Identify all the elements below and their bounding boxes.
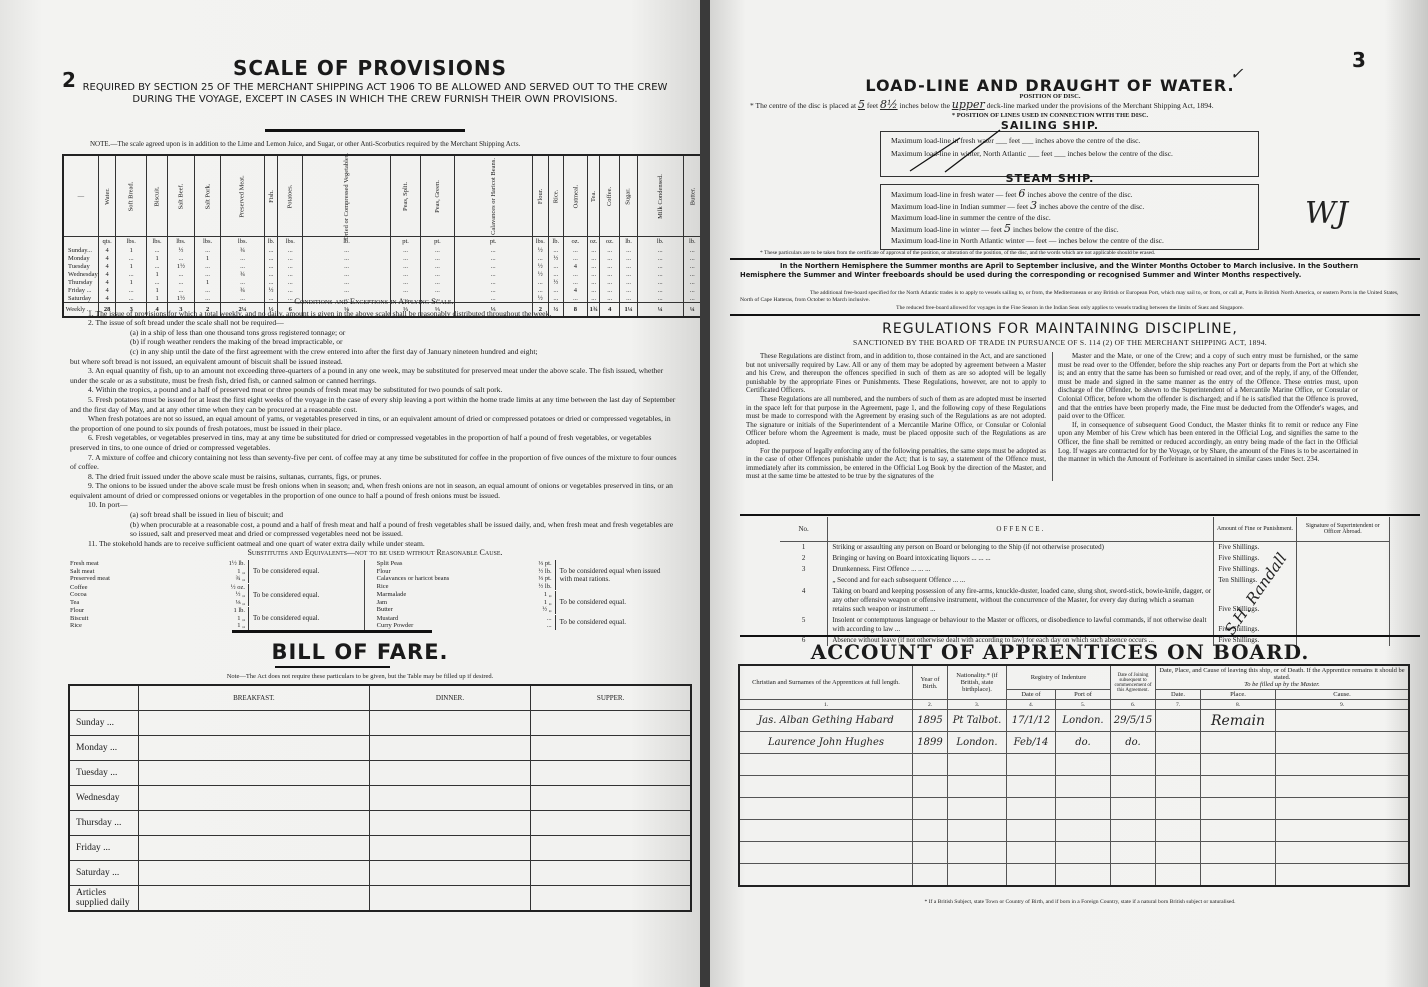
offence-table: No. OFFENCE. Amount of Fine or Punishmen… (780, 517, 1390, 646)
meal-cell[interactable] (369, 886, 531, 911)
amount-cell: ... (194, 246, 221, 254)
amount-cell: ... (532, 278, 548, 286)
table-row: Sunday ... (69, 711, 691, 736)
amount-cell: ... (264, 278, 278, 286)
amount-cell: ... (194, 286, 221, 294)
condition-item: When fresh potatoes are not so issued, a… (70, 414, 678, 433)
handwritten-value: 5 (1002, 222, 1013, 235)
amount-cell: ... (620, 270, 637, 278)
amount-cell: ... (168, 278, 195, 286)
page-number: 2 (62, 68, 76, 92)
amount-cell: ... (194, 270, 221, 278)
amount-cell: 1 (147, 286, 168, 294)
amount-cell: ... (563, 246, 588, 254)
amount-cell: 4 (563, 262, 588, 270)
amount-cell: 1 (147, 254, 168, 262)
amount-cell: ... (147, 246, 168, 254)
amount-cell: ... (454, 246, 532, 254)
regulation-paragraph: If, in consequence of subsequent Good Co… (1058, 421, 1358, 464)
day-label: Monday (63, 254, 98, 262)
amount-cell: ... (278, 278, 303, 286)
amount-cell: ... (391, 262, 421, 270)
amount-cell: ... (588, 262, 600, 270)
steam-load-line: Maximum load-line in Indian summer — fee… (891, 200, 1248, 212)
apprentice-row: Jas. Alban Gething Habard1895Pt Talbot.1… (739, 710, 1409, 732)
amount-cell: ... (147, 262, 168, 270)
column-header: Flour. (532, 155, 548, 237)
unit-cell: qts. (98, 237, 116, 247)
amount-cell: ... (620, 254, 637, 262)
empty-row (739, 798, 1409, 820)
bill-of-fare-note: Note—The Act does not require these part… (120, 673, 600, 681)
amount-cell: ... (600, 278, 620, 286)
amount-cell: ... (303, 270, 391, 278)
amount-cell: ... (637, 254, 683, 262)
amount-cell: ½ (264, 286, 278, 294)
amount-cell: ... (221, 278, 264, 286)
disc-inches-value: 8½ (880, 98, 898, 111)
amount-cell: ... (620, 262, 637, 270)
condition-item: 10. In port— (70, 500, 678, 510)
condition-item: (c) in any ship until the date of the fi… (70, 347, 678, 357)
amount-cell: ½ (168, 246, 195, 254)
amount-cell: ... (221, 254, 264, 262)
amount-cell: ... (391, 270, 421, 278)
amount-cell: ... (278, 246, 303, 254)
amount-cell: ... (391, 254, 421, 262)
table-row: Wednesday (69, 786, 691, 811)
apprentices-title: ACCOUNT OF APPRENTICES ON BOARD. (800, 640, 1320, 664)
unit-cell: lbs. (168, 237, 195, 247)
amount-cell: ... (683, 278, 700, 286)
amount-cell: ... (391, 286, 421, 294)
unit-cell: lbs. (116, 237, 147, 247)
column-header: Preserved Meat. (221, 155, 264, 237)
scale-title: SCALE OF PROVISIONS (150, 56, 590, 80)
unit-cell: lbs. (194, 237, 221, 247)
amount-cell: ... (588, 246, 600, 254)
column-header: Fish. (264, 155, 278, 237)
meal-cell[interactable] (139, 836, 370, 861)
substitutes-section: Substitutes and Equivalents—not to be us… (70, 548, 680, 631)
amount-cell: ... (600, 246, 620, 254)
amount-cell: 1 (194, 254, 221, 262)
substitute-group: Mustard...Curry Powder...To be considere… (377, 615, 680, 630)
meal-cell[interactable] (139, 736, 370, 761)
meal-cell[interactable] (531, 786, 691, 811)
north-atlantic-note: The additional free-board specified for … (740, 290, 1400, 303)
amount-cell: ... (637, 270, 683, 278)
meal-cell[interactable] (139, 861, 370, 886)
amount-cell: ... (264, 246, 278, 254)
unit-cell: lbs. (278, 237, 303, 247)
meal-cell[interactable] (139, 711, 370, 736)
meal-cell[interactable] (531, 811, 691, 836)
divider (740, 635, 1420, 637)
condition-item: 8. The dried fruit issued under the abov… (70, 472, 678, 482)
condition-item: 5. Fresh potatoes must be issued for at … (70, 395, 678, 414)
meal-cell[interactable] (531, 711, 691, 736)
apprentice-year: 1895 (913, 710, 948, 732)
amount-cell: ... (421, 262, 455, 270)
amount-cell: ... (588, 270, 600, 278)
regulation-paragraph: For the purpose of legally enforcing any… (746, 447, 1046, 481)
table-row: Sunday...41...½...¾..................½..… (63, 246, 700, 254)
condition-item: 3. An equal quantity of fish, up to an a… (70, 366, 678, 385)
condition-item: (a) in a ship of less than one thousand … (70, 328, 678, 338)
unit-cell: oz. (600, 237, 620, 247)
page-number: 3 (1352, 48, 1366, 72)
day-label: Thursday (63, 278, 98, 286)
amount-cell: ... (116, 270, 147, 278)
divider (730, 258, 1420, 260)
amount-cell: ... (454, 254, 532, 262)
table-row: Monday4...1...1........................½… (63, 254, 700, 262)
meal-header: SUPPER. (531, 685, 691, 711)
meal-cell[interactable] (369, 786, 531, 811)
day-label: Monday ... (69, 736, 139, 761)
amount-cell: 1 (116, 246, 147, 254)
empty-row (739, 776, 1409, 798)
meal-cell[interactable] (369, 811, 531, 836)
column-header: Biscuit. (147, 155, 168, 237)
scale-subtitle: REQUIRED BY SECTION 25 OF THE MERCHANT S… (80, 82, 670, 106)
amount-cell: ... (637, 262, 683, 270)
apprentice-status: Remain (1201, 710, 1276, 732)
provisions-table: —Water.Soft Bread.Biscuit.Salt Beef.Salt… (62, 154, 700, 318)
amount-cell: ... (683, 270, 700, 278)
amount-cell: ... (303, 286, 391, 294)
apprentice-port: do. (1056, 732, 1111, 754)
column-header: Coffee. (600, 155, 620, 237)
table-row: Friday ... (69, 836, 691, 861)
column-header: Potatoes. (278, 155, 303, 237)
amount-cell: ¾ (221, 270, 264, 278)
amount-cell: ... (421, 246, 455, 254)
amount-cell: ... (637, 246, 683, 254)
amount-cell: ... (278, 270, 303, 278)
handwritten-value: 6 (1016, 187, 1027, 200)
table-row: Tuesday41...1½........................½.… (63, 262, 700, 270)
apprentice-nationality: London. (948, 732, 1007, 754)
amount-cell: ... (168, 270, 195, 278)
discipline-column-2: Master and the Mate, or one of the Crew;… (1058, 352, 1358, 464)
disc-position-text: * The centre of the disc is placed at 5 … (750, 100, 1390, 110)
disc-feet-value: 5 (858, 98, 865, 111)
divider (730, 314, 1420, 316)
amount-cell: ... (454, 270, 532, 278)
condition-item: 1. The issue of provisions for which a t… (70, 309, 678, 319)
amount-cell: ... (563, 270, 588, 278)
meal-cell[interactable] (369, 736, 531, 761)
meal-cell[interactable] (139, 786, 370, 811)
table-row: Friday ...4...1......¾½.................… (63, 286, 700, 294)
amount-cell: ... (620, 286, 637, 294)
apprentice-year: 1899 (913, 732, 948, 754)
table-row: Articles supplied daily (69, 886, 691, 911)
day-label: Sunday ... (69, 711, 139, 736)
amount-cell: ... (391, 278, 421, 286)
apprentice-date: 17/1/12 (1007, 710, 1056, 732)
apprentice-status (1201, 732, 1276, 754)
weekly-cell: ¼ (683, 303, 700, 317)
steam-load-line: Maximum load-line in fresh water — feet6… (891, 188, 1248, 200)
amount-cell: ½ (532, 270, 548, 278)
amount-cell: ... (168, 286, 195, 294)
amount-cell: ... (421, 278, 455, 286)
day-label: Wednesday (69, 786, 139, 811)
strike-through-lines (890, 128, 1010, 173)
amount-cell: ... (147, 278, 168, 286)
unit-cell: lb. (264, 237, 278, 247)
amount-cell: ... (563, 278, 588, 286)
unit-cell: pt. (421, 237, 455, 247)
amount-cell: ... (264, 262, 278, 270)
load-line-footnote: * These particulars are to be taken from… (760, 249, 1400, 257)
apprentice-port: London. (1056, 710, 1111, 732)
amount-cell: ... (549, 286, 564, 294)
amount-cell: 4 (98, 286, 116, 294)
conditions-heading: Conditions and Exceptions in Applying Sc… (70, 297, 678, 307)
column-header: Butter. (683, 155, 700, 237)
amount-cell: 1 (116, 262, 147, 270)
meal-cell[interactable] (531, 761, 691, 786)
table-row: Saturday ... (69, 861, 691, 886)
right-page: 3 ✓ LOAD-LINE AND DRAUGHT OF WATER. POSI… (710, 0, 1428, 987)
amount-cell: ... (532, 254, 548, 262)
divider (740, 514, 1420, 516)
amount-cell: 4 (98, 246, 116, 254)
apprentice-joined: do. (1111, 732, 1156, 754)
meal-header: BREAKFAST. (139, 685, 370, 711)
amount-cell: ... (683, 286, 700, 294)
day-label: Sunday... (63, 246, 98, 254)
offence-row: 3Drunkenness. First Offence ... ... ...F… (780, 564, 1390, 575)
regulation-paragraph: Master and the Mate, or one of the Crew;… (1058, 352, 1358, 421)
amount-cell: ... (600, 262, 620, 270)
amount-cell: 4 (98, 262, 116, 270)
amount-cell: ... (116, 254, 147, 262)
amount-cell: ... (600, 254, 620, 262)
amount-cell: 1 (116, 278, 147, 286)
meal-cell[interactable] (531, 886, 691, 911)
unit-cell: lb. (637, 237, 683, 247)
divider (265, 129, 465, 132)
amount-cell: ... (637, 278, 683, 286)
amount-cell: ... (549, 246, 564, 254)
amount-cell: ... (620, 278, 637, 286)
column-header: Peas, Split. (391, 155, 421, 237)
amount-cell: ... (264, 254, 278, 262)
column-header: Water. (98, 155, 116, 237)
handwritten-value: 3 (1028, 199, 1039, 212)
amount-cell: ... (278, 262, 303, 270)
table-row: Wednesday4...1......¾..................½… (63, 270, 700, 278)
regulation-paragraph: These Regulations are all numbered, and … (746, 395, 1046, 447)
amount-cell: ... (683, 262, 700, 270)
offence-row: 2Bringing or having on Board intoxicatin… (780, 553, 1390, 564)
column-header: Soft Bread. (116, 155, 147, 237)
steam-load-line: Maximum load-line in summer the centre o… (891, 212, 1248, 223)
meal-header: DINNER. (369, 685, 531, 711)
discipline-column-1: These Regulations are distinct from, and… (746, 352, 1053, 481)
amount-cell: 1 (194, 278, 221, 286)
amount-cell: ... (303, 254, 391, 262)
amount-cell: 4 (98, 278, 116, 286)
meal-cell[interactable] (139, 811, 370, 836)
condition-item: 4. Within the tropics, a pound and a hal… (70, 385, 678, 395)
day-label: Tuesday (63, 262, 98, 270)
condition-item: 9. The onions to be issued under the abo… (70, 481, 678, 500)
meal-cell[interactable] (531, 861, 691, 886)
empty-row (739, 820, 1409, 842)
unit-cell: oz. (588, 237, 600, 247)
amount-cell: ... (264, 270, 278, 278)
meal-cell[interactable] (139, 886, 370, 911)
meal-cell[interactable] (139, 761, 370, 786)
indian-seas-note: The reduced free-board allowed for voyag… (740, 304, 1400, 312)
amount-cell: ½ (549, 278, 564, 286)
amount-cell: ... (391, 246, 421, 254)
unit-cell: pt. (454, 237, 532, 247)
amount-cell: ... (278, 286, 303, 294)
amount-cell: ... (588, 254, 600, 262)
bill-of-fare-title: BILL OF FARE. (200, 640, 520, 664)
apprentice-name: Jas. Alban Gething Habard (739, 710, 913, 732)
condition-item: 7. A mixture of coffee and chicory conta… (70, 453, 678, 472)
book-gutter (700, 0, 710, 987)
amount-cell: ... (549, 270, 564, 278)
amount-cell: 1½ (168, 262, 195, 270)
discipline-title: REGULATIONS FOR MAINTAINING DISCIPLINE, (840, 321, 1280, 337)
day-label: Tuesday ... (69, 761, 139, 786)
amount-cell: ... (549, 262, 564, 270)
column-header: Salt Pork. (194, 155, 221, 237)
apprentices-table: Christian and Surnames of the Apprentice… (738, 664, 1410, 887)
table-row: Thursday41......1.......................… (63, 278, 700, 286)
meal-cell[interactable] (531, 736, 691, 761)
condition-item: 2. The issue of soft bread under the sca… (70, 318, 678, 328)
day-label: Wednesday (63, 270, 98, 278)
deck-value: upper (952, 98, 985, 111)
amount-cell: ... (303, 246, 391, 254)
amount-cell: ... (194, 262, 221, 270)
meal-cell[interactable] (369, 836, 531, 861)
column-header: Dried or Compressed Vegetables. (303, 155, 391, 237)
substitute-group: Marmalade1 „Jam1 „Butter½ „To be conside… (377, 591, 680, 614)
steam-ship-box: Maximum load-line in fresh water — feet6… (880, 184, 1259, 250)
column-header: Calavances or Haricot Beans. (454, 155, 532, 237)
amount-cell: ... (221, 262, 264, 270)
amount-cell: ... (116, 286, 147, 294)
substitute-group: Flour1 lb.Biscuit1 „Rice1 „To be conside… (70, 607, 364, 630)
amount-cell: ¾ (221, 286, 264, 294)
meal-cell[interactable] (369, 761, 531, 786)
apprentice-nationality: Pt Talbot. (948, 710, 1007, 732)
substitute-group: Split Peas⅓ pt.Flour½ lb.Calavances or h… (377, 560, 680, 590)
amount-cell: ... (303, 278, 391, 286)
amount-cell: ... (454, 286, 532, 294)
amount-cell: ... (563, 254, 588, 262)
apprentices-footnote: * If a British Subject, state Town or Co… (830, 898, 1330, 906)
day-label: Thursday ... (69, 811, 139, 836)
left-page: 2 SCALE OF PROVISIONS REQUIRED BY SECTIO… (0, 0, 700, 987)
provisions-table-wrap: —Water.Soft Bread.Biscuit.Salt Beef.Salt… (62, 154, 682, 318)
condition-item: (b) if rough weather renders the making … (70, 337, 678, 347)
empty-row (739, 754, 1409, 776)
conditions-section: Conditions and Exceptions in Applying Sc… (70, 297, 678, 548)
unit-cell: pt. (391, 237, 421, 247)
amount-cell: ... (620, 246, 637, 254)
hemisphere-note: In the Northern Hemisphere the Summer mo… (740, 262, 1400, 279)
amount-cell: ... (683, 294, 700, 303)
amount-cell: ... (683, 246, 700, 254)
amount-cell: 4 (563, 286, 588, 294)
amount-cell: ... (454, 278, 532, 286)
column-header: Salt Beef. (168, 155, 195, 237)
divider (275, 666, 390, 668)
empty-row (739, 842, 1409, 864)
amount-cell: 4 (98, 270, 116, 278)
amount-cell: ... (683, 254, 700, 262)
unit-cell: lb. (549, 237, 564, 247)
column-header: Milk Condensed. (637, 155, 683, 237)
amount-cell: ... (600, 286, 620, 294)
condition-item: (a) soft bread shall be issued in lieu o… (70, 510, 678, 520)
apprentice-joined: 29/5/15 (1111, 710, 1156, 732)
day-label: Articles supplied daily (69, 886, 139, 911)
amount-cell: ½ (532, 262, 548, 270)
steam-load-line: Maximum load-line in winter — feet5inche… (891, 223, 1248, 235)
amount-cell: 4 (98, 254, 116, 262)
bill-of-fare-table: BREAKFAST.DINNER.SUPPER. Sunday ...Monda… (68, 684, 692, 912)
amount-cell: ... (168, 254, 195, 262)
steam-load-line: Maximum load-line in North Atlantic wint… (891, 235, 1248, 246)
apprentice-date: Feb/14 (1007, 732, 1056, 754)
column-header: Oatmeal. (563, 155, 588, 237)
meal-cell[interactable] (369, 861, 531, 886)
meal-cell[interactable] (369, 711, 531, 736)
amount-cell: ... (454, 262, 532, 270)
discipline-subtitle: SANCTIONED BY THE BOARD OF TRADE IN PURS… (770, 338, 1350, 347)
amount-cell: ... (278, 254, 303, 262)
amount-cell: ½ (532, 246, 548, 254)
amount-cell: ½ (549, 254, 564, 262)
amount-cell: 1 (147, 270, 168, 278)
unit-cell: lb. (683, 237, 700, 247)
unit-cell: lbs. (147, 237, 168, 247)
day-label: Saturday ... (69, 861, 139, 886)
initials: WJ (1305, 196, 1348, 231)
column-header: Peas, Green. (421, 155, 455, 237)
column-header: Rice. (549, 155, 564, 237)
amount-cell: ... (600, 270, 620, 278)
amount-cell: ... (532, 286, 548, 294)
unit-cell: lbs. (221, 237, 264, 247)
table-row: Thursday ... (69, 811, 691, 836)
amount-cell: ... (588, 286, 600, 294)
unit-cell: oz. (563, 237, 588, 247)
meal-cell[interactable] (531, 836, 691, 861)
substitute-group: Fresh meat1½ lb.Salt meat1 „Preserved me… (70, 560, 364, 583)
amount-cell: ... (637, 286, 683, 294)
amount-cell: ... (421, 286, 455, 294)
column-header: Tea. (588, 155, 600, 237)
provisions-note: NOTE.—The scale agreed upon is in additi… (90, 140, 670, 148)
substitutes-heading: Substitutes and Equivalents—not to be us… (70, 548, 680, 557)
column-header: Sugar. (620, 155, 637, 237)
unit-cell: lbs. (532, 237, 548, 247)
